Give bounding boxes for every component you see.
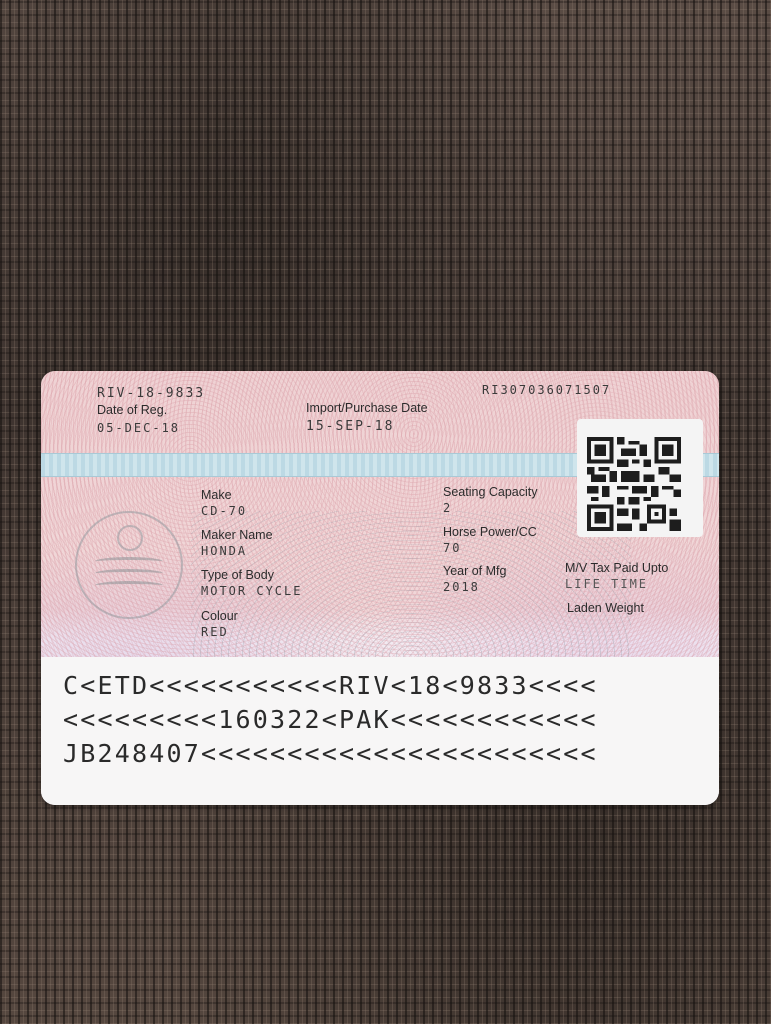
- colour-value: RED: [201, 625, 229, 639]
- date-of-reg-value: 05-DEC-18: [97, 421, 180, 435]
- mrz-line-2: <<<<<<<<<160322<PAK<<<<<<<<<<<<: [63, 705, 598, 734]
- seating-capacity-label: Seating Capacity: [443, 485, 538, 499]
- vehicle-registration-card: RIV-18-9833 Date of Reg. 05-DEC-18 Impor…: [41, 371, 719, 805]
- make-label: Make: [201, 488, 232, 502]
- laden-weight-label: Laden Weight: [567, 601, 644, 615]
- type-of-body-label: Type of Body: [201, 568, 274, 582]
- year-of-mfg-label: Year of Mfg: [443, 564, 506, 578]
- type-of-body-value: MOTOR CYCLE: [201, 584, 302, 598]
- qr-code-icon: [577, 419, 703, 537]
- horse-power-cc-value: 70: [443, 541, 461, 555]
- mrz-line-3: JB248407<<<<<<<<<<<<<<<<<<<<<<<: [63, 739, 598, 768]
- horse-power-cc-label: Horse Power/CC: [443, 525, 537, 539]
- import-purchase-date-value: 15-SEP-18: [306, 419, 394, 434]
- make-value: CD-70: [201, 504, 247, 518]
- maker-name-value: HONDA: [201, 544, 247, 558]
- year-of-mfg-value: 2018: [443, 580, 480, 594]
- serial-number: RI30703607​1507: [482, 383, 611, 397]
- registration-number: RIV-18-9833: [97, 386, 205, 401]
- seating-capacity-value: 2: [443, 501, 452, 515]
- government-emblem-icon: [75, 511, 183, 619]
- mrz-line-1: C<ETD<<<<<<<<<<<RIV<18<9833<<<<: [63, 671, 598, 700]
- import-purchase-date-label: Import/Purchase Date: [306, 401, 428, 415]
- maker-name-label: Maker Name: [201, 528, 273, 542]
- colour-label: Colour: [201, 609, 238, 623]
- date-of-reg-label: Date of Reg.: [97, 403, 167, 417]
- mv-tax-paid-value: LIFE TIME: [565, 577, 648, 591]
- mv-tax-paid-label: M/V Tax Paid Upto: [565, 561, 668, 575]
